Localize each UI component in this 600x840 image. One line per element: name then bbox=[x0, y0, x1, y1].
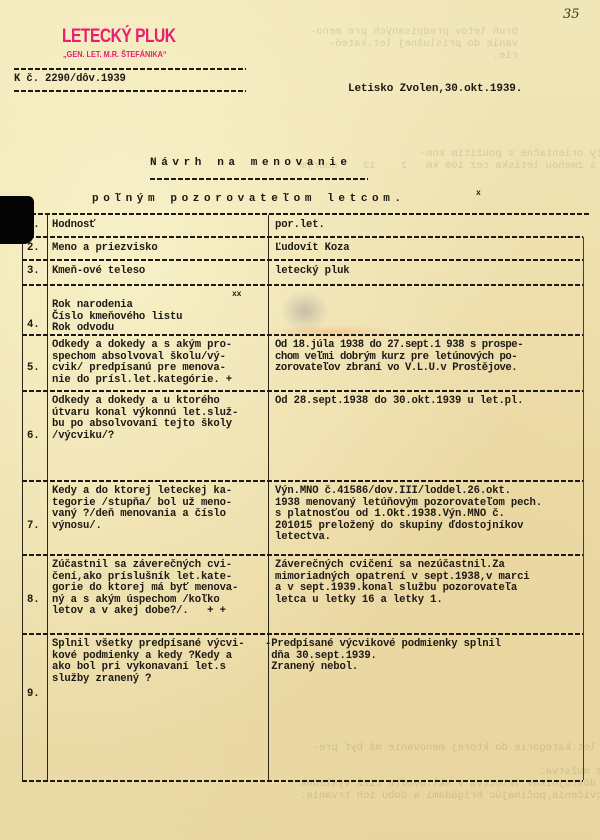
table-top-border bbox=[10, 213, 590, 215]
redacted-smudge bbox=[280, 290, 330, 332]
question-cell: Kedy a do ktorej leteckej ka- tegorie /s… bbox=[52, 486, 232, 532]
question-cell: Kmeň-ové teleso bbox=[52, 266, 145, 278]
stamp-title: LETECKÝ PLUK bbox=[62, 26, 176, 48]
question-cell: Odkedy a dokedy a s akým pro- spechom ab… bbox=[52, 340, 232, 386]
row-number: 8. bbox=[27, 595, 39, 607]
footnote-mark: xx bbox=[232, 289, 241, 301]
bleed-through-text: Druh letov predpísaných pre meno- vanie … bbox=[310, 26, 518, 62]
question-cell: Splnil všetky predpísané výcvi- kové pod… bbox=[52, 639, 244, 685]
answer-cell: letecký pluk bbox=[275, 266, 350, 278]
answer-cell: Od 18.júla 1938 do 27.sept.1 938 s prosp… bbox=[275, 340, 523, 375]
question-cell: Hodnosť bbox=[52, 220, 95, 232]
question-cell: Rok narodenia Číslo kmeňového listu Rok … bbox=[52, 300, 182, 335]
row-divider bbox=[22, 633, 583, 635]
row-divider bbox=[22, 334, 583, 336]
document-subheading: poľným pozorovateľom letcom. bbox=[92, 194, 406, 206]
row-divider bbox=[22, 284, 583, 286]
answer-cell: Záverečných cvičení sa nezúčastnil.Za mi… bbox=[275, 560, 530, 606]
reference-number: K č. 2290/dôv.1939 bbox=[14, 74, 126, 86]
row-number: 9. bbox=[27, 689, 39, 701]
row-number: 5. bbox=[27, 363, 39, 375]
row-number: 4. bbox=[27, 320, 39, 332]
row-number: 3. bbox=[27, 266, 39, 278]
question-cell: Zúčastnil sa záverečných cvi- čení,ako p… bbox=[52, 560, 238, 618]
stamp-subtitle: „GEN. LET. M.R. ŠTEFÁNIKA“ bbox=[63, 49, 167, 59]
row-number: 6. bbox=[27, 431, 39, 443]
place-date: Letisko Zvolen,30.okt.1939. bbox=[348, 84, 522, 96]
row-number: 2. bbox=[27, 243, 39, 255]
table-bottom-border bbox=[22, 780, 583, 782]
divider bbox=[14, 68, 246, 70]
footnote-mark: x bbox=[476, 188, 481, 200]
row-divider bbox=[22, 480, 583, 482]
row-divider bbox=[22, 259, 583, 261]
question-cell: Meno a priezvisko bbox=[52, 243, 158, 255]
document-heading: Návrh na menovanie bbox=[150, 158, 352, 170]
redaction-blackout bbox=[0, 196, 34, 244]
answer-column-border bbox=[268, 215, 269, 780]
divider bbox=[14, 90, 246, 92]
answer-cell: Od 28.sept.1938 do 30.okt.1939 u let.pl. bbox=[275, 396, 523, 408]
answer-cell: por.let. bbox=[275, 220, 325, 232]
answer-cell: Ľudovít Koza bbox=[275, 243, 350, 255]
answer-cell: -Predpísané výcvikové podmienky splnil d… bbox=[265, 639, 501, 674]
row-divider bbox=[22, 390, 583, 392]
row-divider bbox=[22, 236, 583, 238]
question-cell: Odkedy a dokedy a u ktorého útvaru konal… bbox=[52, 396, 238, 442]
row-number: 7. bbox=[27, 521, 39, 533]
table-left-border bbox=[22, 215, 23, 780]
answer-cell: Výn.MNO č.41586/dov.III/loddel.26.okt. 1… bbox=[275, 486, 542, 544]
page-number: 35 bbox=[563, 7, 580, 22]
table-right-border bbox=[583, 237, 584, 780]
number-column-border bbox=[47, 215, 48, 780]
heading-underline bbox=[150, 178, 368, 180]
bleed-through-text: Vysvetlivky: Uveďte názov príslušnej let… bbox=[300, 730, 600, 802]
row-divider bbox=[22, 554, 583, 556]
